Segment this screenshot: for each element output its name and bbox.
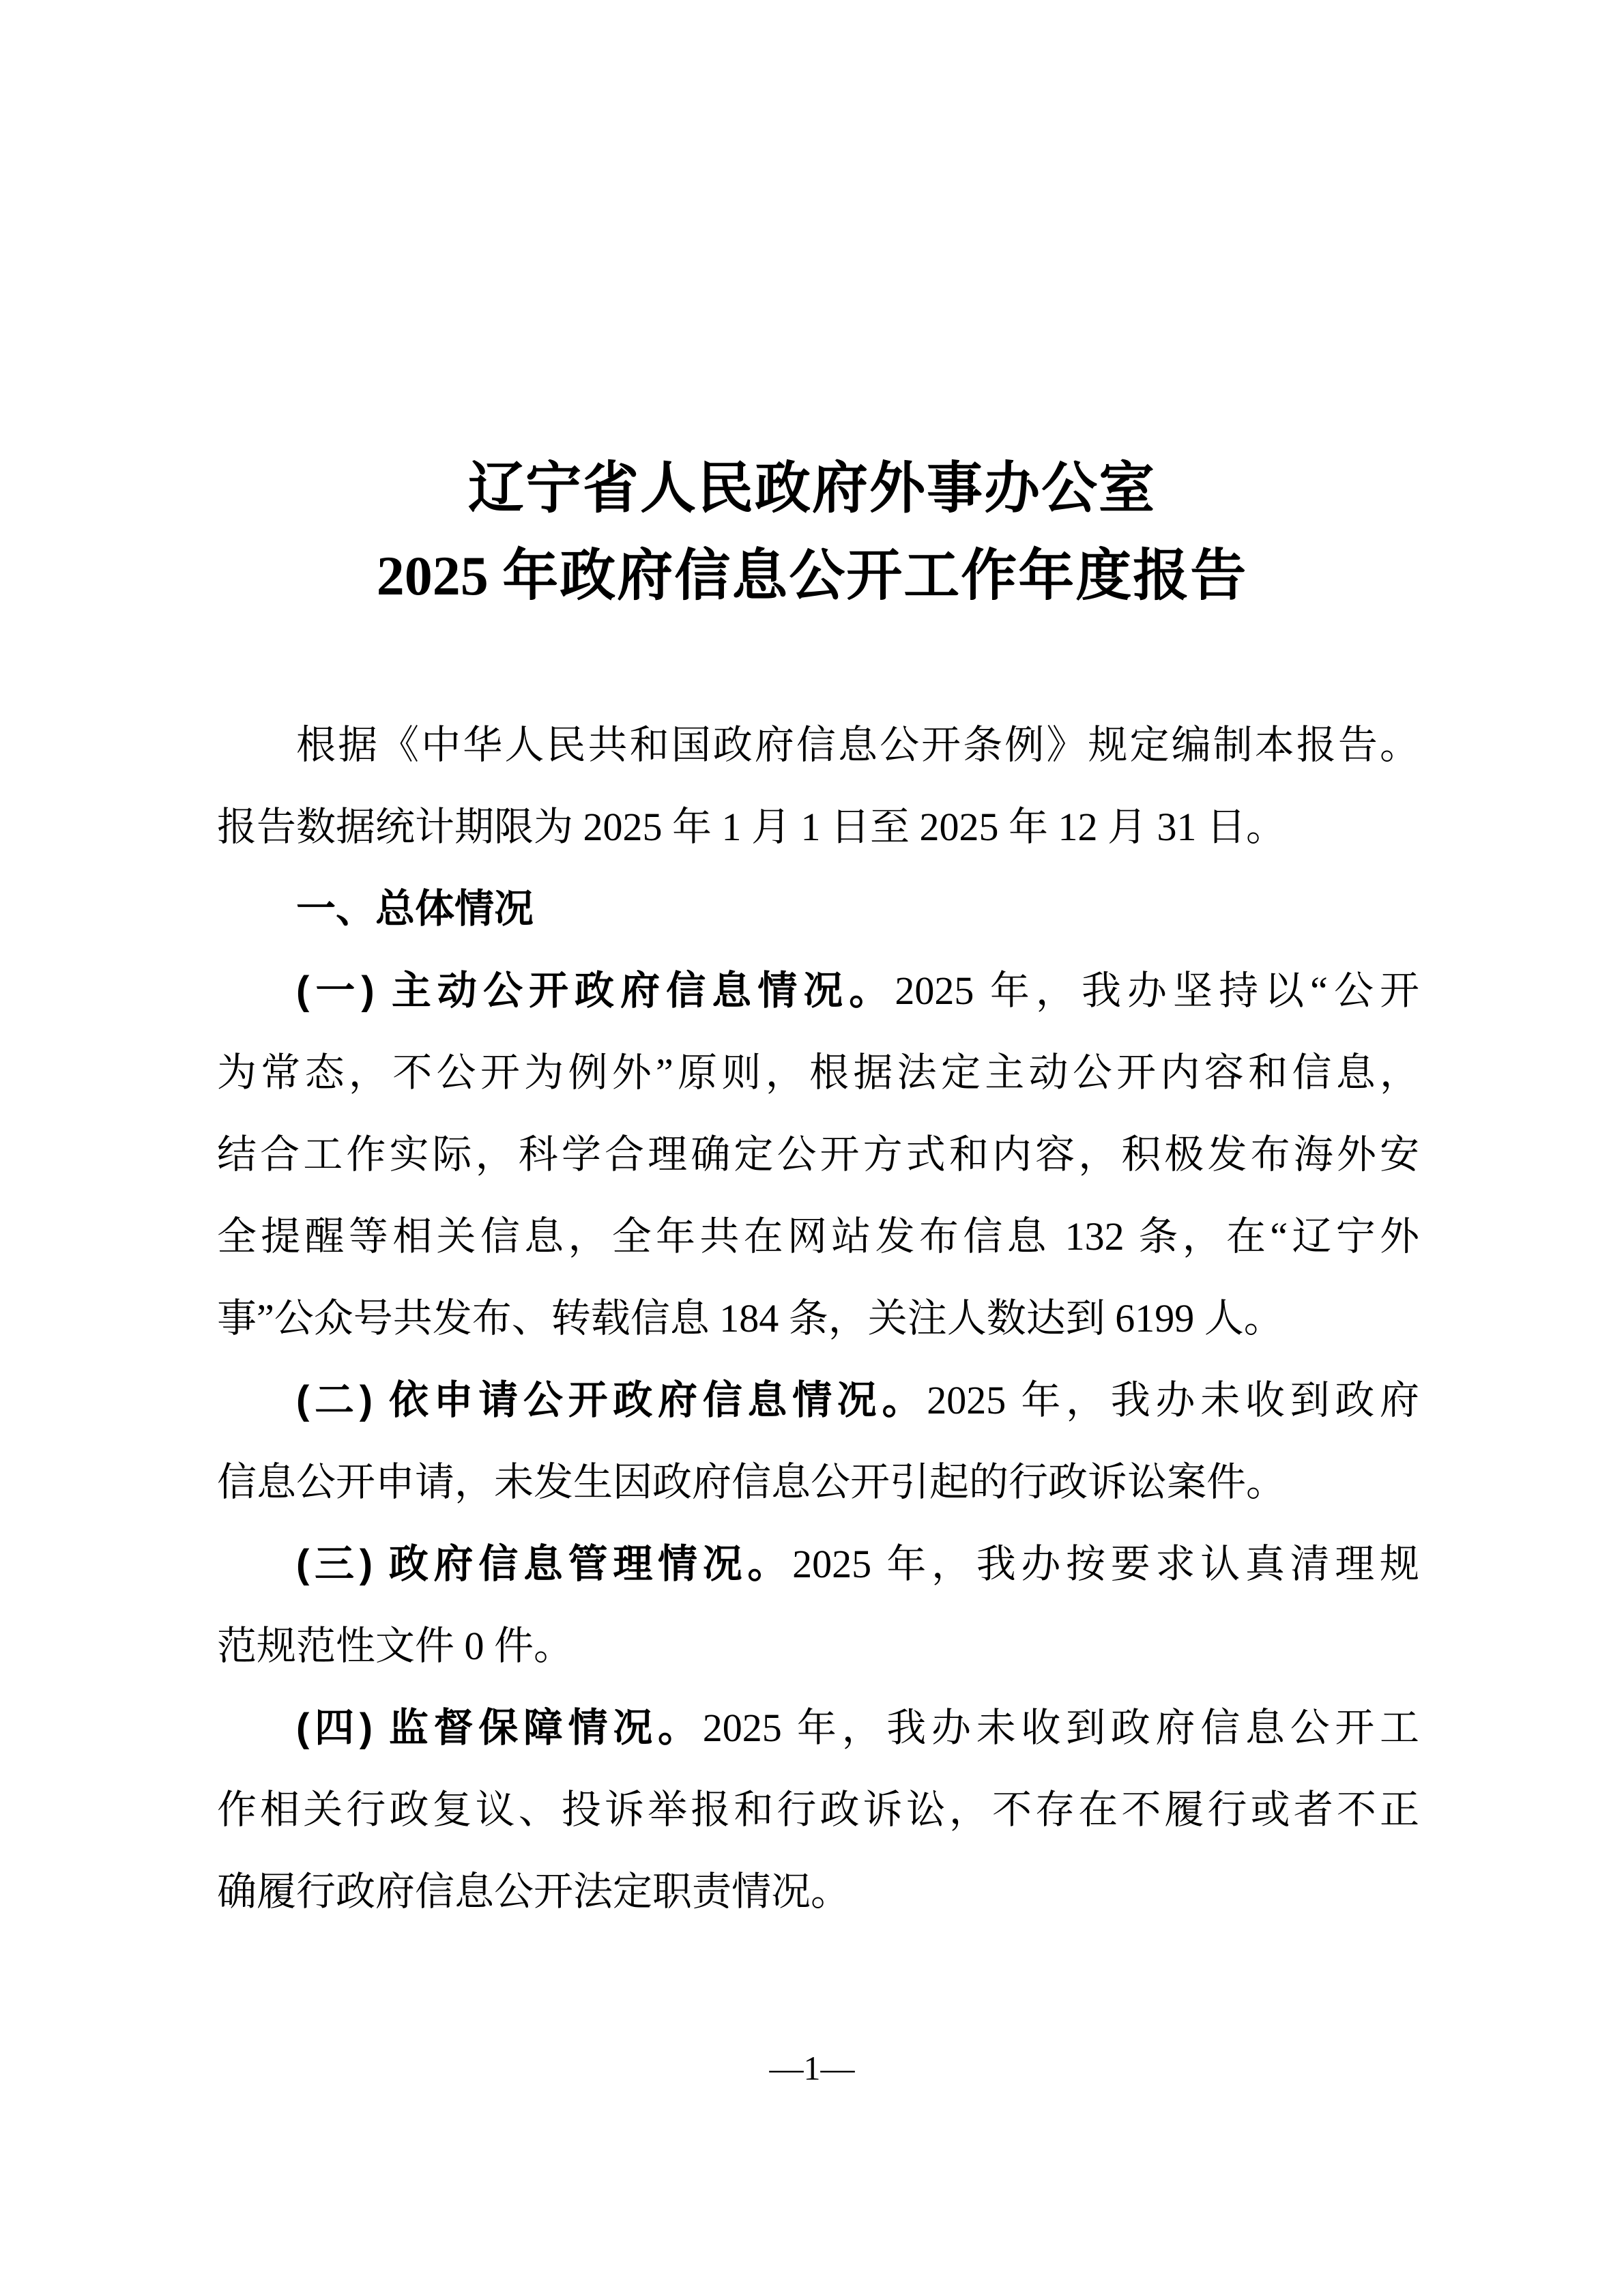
title-line-2-text: 年政府信息公开工作年度报告 bbox=[502, 545, 1247, 607]
body-text: 根据《中华人民共和国政府信息公开条例》规定编制本报告。 bbox=[296, 723, 1419, 767]
body-line: 全提醒等相关信息，全年共在网站发布信息 132 条，在“辽宁外 bbox=[217, 1196, 1419, 1278]
body-text: 确履行政府信息公开法定职责情况。 bbox=[217, 1869, 850, 1914]
lead-in-bold-text: (四) 监督保障情况。 bbox=[296, 1706, 703, 1750]
body-line: 事”公众号共发布、转载信息 184 条，关注人数达到 6199 人。 bbox=[217, 1278, 1419, 1360]
body-text: 范规范性文件 0 件。 bbox=[217, 1624, 573, 1668]
body-text: 结合工作实际，科学合理确定公开方式和内容，积极发布海外安 bbox=[217, 1132, 1419, 1177]
body-line: (三) 政府信息管理情况。2025 年，我办按要求认真清理规 bbox=[217, 1523, 1419, 1605]
body-line: (一) 主动公开政府信息情况。2025 年，我办坚持以“公开 bbox=[217, 950, 1419, 1032]
body-line: 作相关行政复议、投诉举报和行政诉讼，不存在不履行或者不正 bbox=[217, 1769, 1419, 1851]
body-line: (二) 依申请公开政府信息情况。2025 年，我办未收到政府 bbox=[217, 1360, 1419, 1441]
body-line: 为常态，不公开为例外”原则，根据法定主动公开内容和信息， bbox=[217, 1032, 1419, 1114]
body-line: 结合工作实际，科学合理确定公开方式和内容，积极发布海外安 bbox=[217, 1114, 1419, 1196]
title-line-1: 辽宁省人民政府外事办公室 bbox=[0, 445, 1624, 532]
body-text: 全提醒等相关信息，全年共在网站发布信息 132 条，在“辽宁外 bbox=[217, 1214, 1419, 1259]
document-body: 根据《中华人民共和国政府信息公开条例》规定编制本报告。报告数据统计期限为 202… bbox=[217, 704, 1419, 1933]
body-text: 作相关行政复议、投诉举报和行政诉讼，不存在不履行或者不正 bbox=[217, 1788, 1419, 1832]
lead-in-bold-text: 一、总体情况 bbox=[296, 887, 534, 931]
body-text: 报告数据统计期限为 2025 年 1 月 1 日至 2025 年 12 月 31… bbox=[217, 805, 1286, 849]
title-year: 2025 bbox=[377, 545, 503, 607]
lead-in-bold-text: (二) 依申请公开政府信息情况。 bbox=[296, 1378, 927, 1422]
body-text: 信息公开申请，未发生因政府信息公开引起的行政诉讼案件。 bbox=[217, 1460, 1286, 1504]
body-text: 事”公众号共发布、转载信息 184 条，关注人数达到 6199 人。 bbox=[217, 1296, 1284, 1340]
body-line: 确履行政府信息公开法定职责情况。 bbox=[217, 1851, 1419, 1933]
body-line: 根据《中华人民共和国政府信息公开条例》规定编制本报告。 bbox=[217, 704, 1419, 786]
lead-in-bold-text: (三) 政府信息管理情况。 bbox=[296, 1542, 792, 1586]
document-title: 辽宁省人民政府外事办公室 2025 年政府信息公开工作年度报告 bbox=[0, 445, 1624, 620]
title-line-2: 2025 年政府信息公开工作年度报告 bbox=[0, 532, 1624, 620]
document-page: 辽宁省人民政府外事办公室 2025 年政府信息公开工作年度报告 根据《中华人民共… bbox=[0, 0, 1624, 2296]
body-line: 报告数据统计期限为 2025 年 1 月 1 日至 2025 年 12 月 31… bbox=[217, 786, 1419, 868]
page-footer: —1— bbox=[0, 2049, 1624, 2087]
body-text: 为常态，不公开为例外”原则，根据法定主动公开内容和信息， bbox=[217, 1050, 1419, 1095]
body-line: (四) 监督保障情况。2025 年，我办未收到政府信息公开工 bbox=[217, 1687, 1419, 1769]
body-text: 2025 年，我办未收到政府信息公开工 bbox=[703, 1706, 1419, 1750]
lead-in-bold-text: (一) 主动公开政府信息情况。 bbox=[296, 968, 895, 1013]
body-line: 范规范性文件 0 件。 bbox=[217, 1605, 1419, 1687]
body-text: 2025 年，我办坚持以“公开 bbox=[895, 968, 1419, 1013]
page-number: —1— bbox=[770, 2049, 855, 2087]
body-text: 2025 年，我办未收到政府 bbox=[927, 1378, 1419, 1422]
body-text: 2025 年，我办按要求认真清理规 bbox=[792, 1542, 1419, 1586]
body-line: 信息公开申请，未发生因政府信息公开引起的行政诉讼案件。 bbox=[217, 1441, 1419, 1523]
section-heading: 一、总体情况 bbox=[217, 868, 1419, 950]
